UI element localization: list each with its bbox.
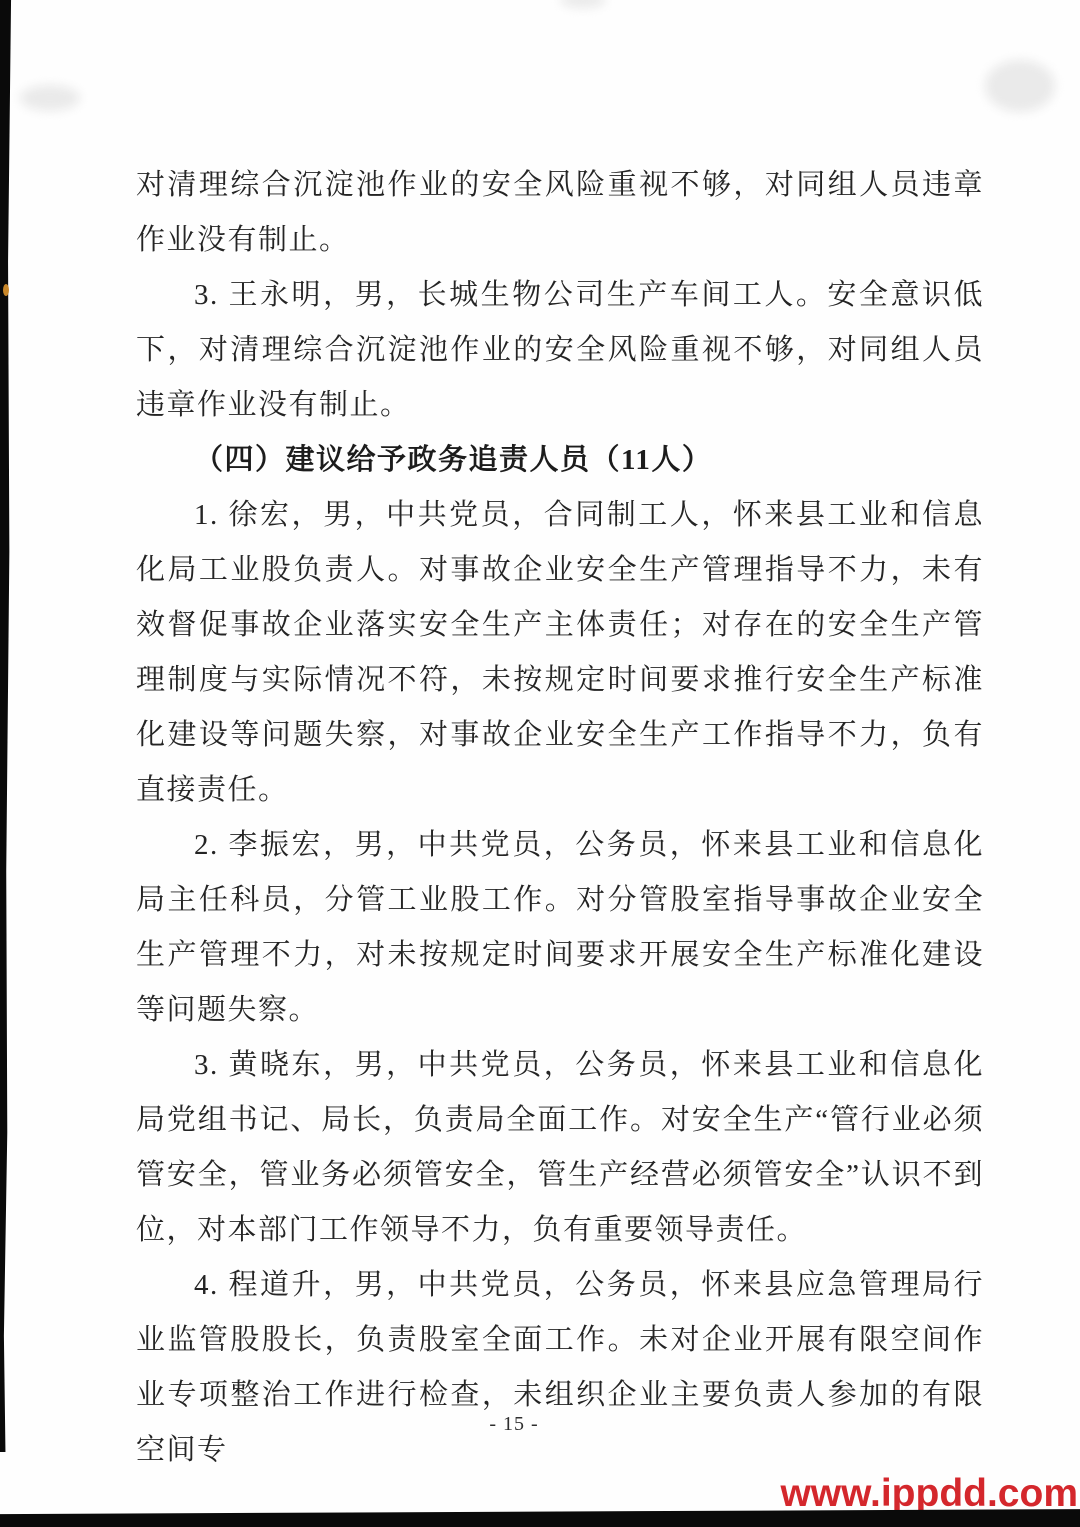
paragraph-continuation: 对清理综合沉淀池作业的安全风险重视不够，对同组人员违章作业没有制止。 — [136, 158, 984, 268]
document-page: 对清理综合沉淀池作业的安全风险重视不够，对同组人员违章作业没有制止。 3. 王永… — [0, 0, 1080, 1527]
scan-left-edge-artifact — [0, 0, 13, 1452]
scan-smudge-artifact — [985, 60, 1055, 112]
document-body: 对清理综合沉淀池作业的安全风险重视不够，对同组人员违章作业没有制止。 3. 王永… — [136, 158, 984, 1478]
scan-speck-artifact — [3, 284, 9, 296]
scan-bottom-edge-artifact — [0, 1508, 1080, 1527]
scan-smudge-artifact — [560, 0, 606, 8]
page-number: - 15 - — [0, 1413, 1028, 1436]
paragraph-wang-yongming: 3. 王永明，男，长城生物公司生产车间工人。安全意识低下，对清理综合沉淀池作业的… — [136, 268, 984, 433]
paragraph-xu-hong: 1. 徐宏，男，中共党员，合同制工人，怀来县工业和信息化局工业股负责人。对事故企… — [136, 488, 984, 818]
paragraph-cheng-daosheng: 4. 程道升，男，中共党员，公务员，怀来县应急管理局行业监管股股长，负责股室全面… — [136, 1258, 984, 1478]
paragraph-huang-xiaodong: 3. 黄晓东，男，中共党员，公务员，怀来县工业和信息化局党组书记、局长，负责局全… — [136, 1038, 984, 1258]
scan-smudge-artifact — [20, 85, 80, 111]
paragraph-li-zhenhong: 2. 李振宏，男，中共党员，公务员，怀来县工业和信息化局主任科员，分管工业股工作… — [136, 818, 984, 1038]
section-heading: （四）建议给予政务追责人员（11人） — [136, 433, 984, 488]
